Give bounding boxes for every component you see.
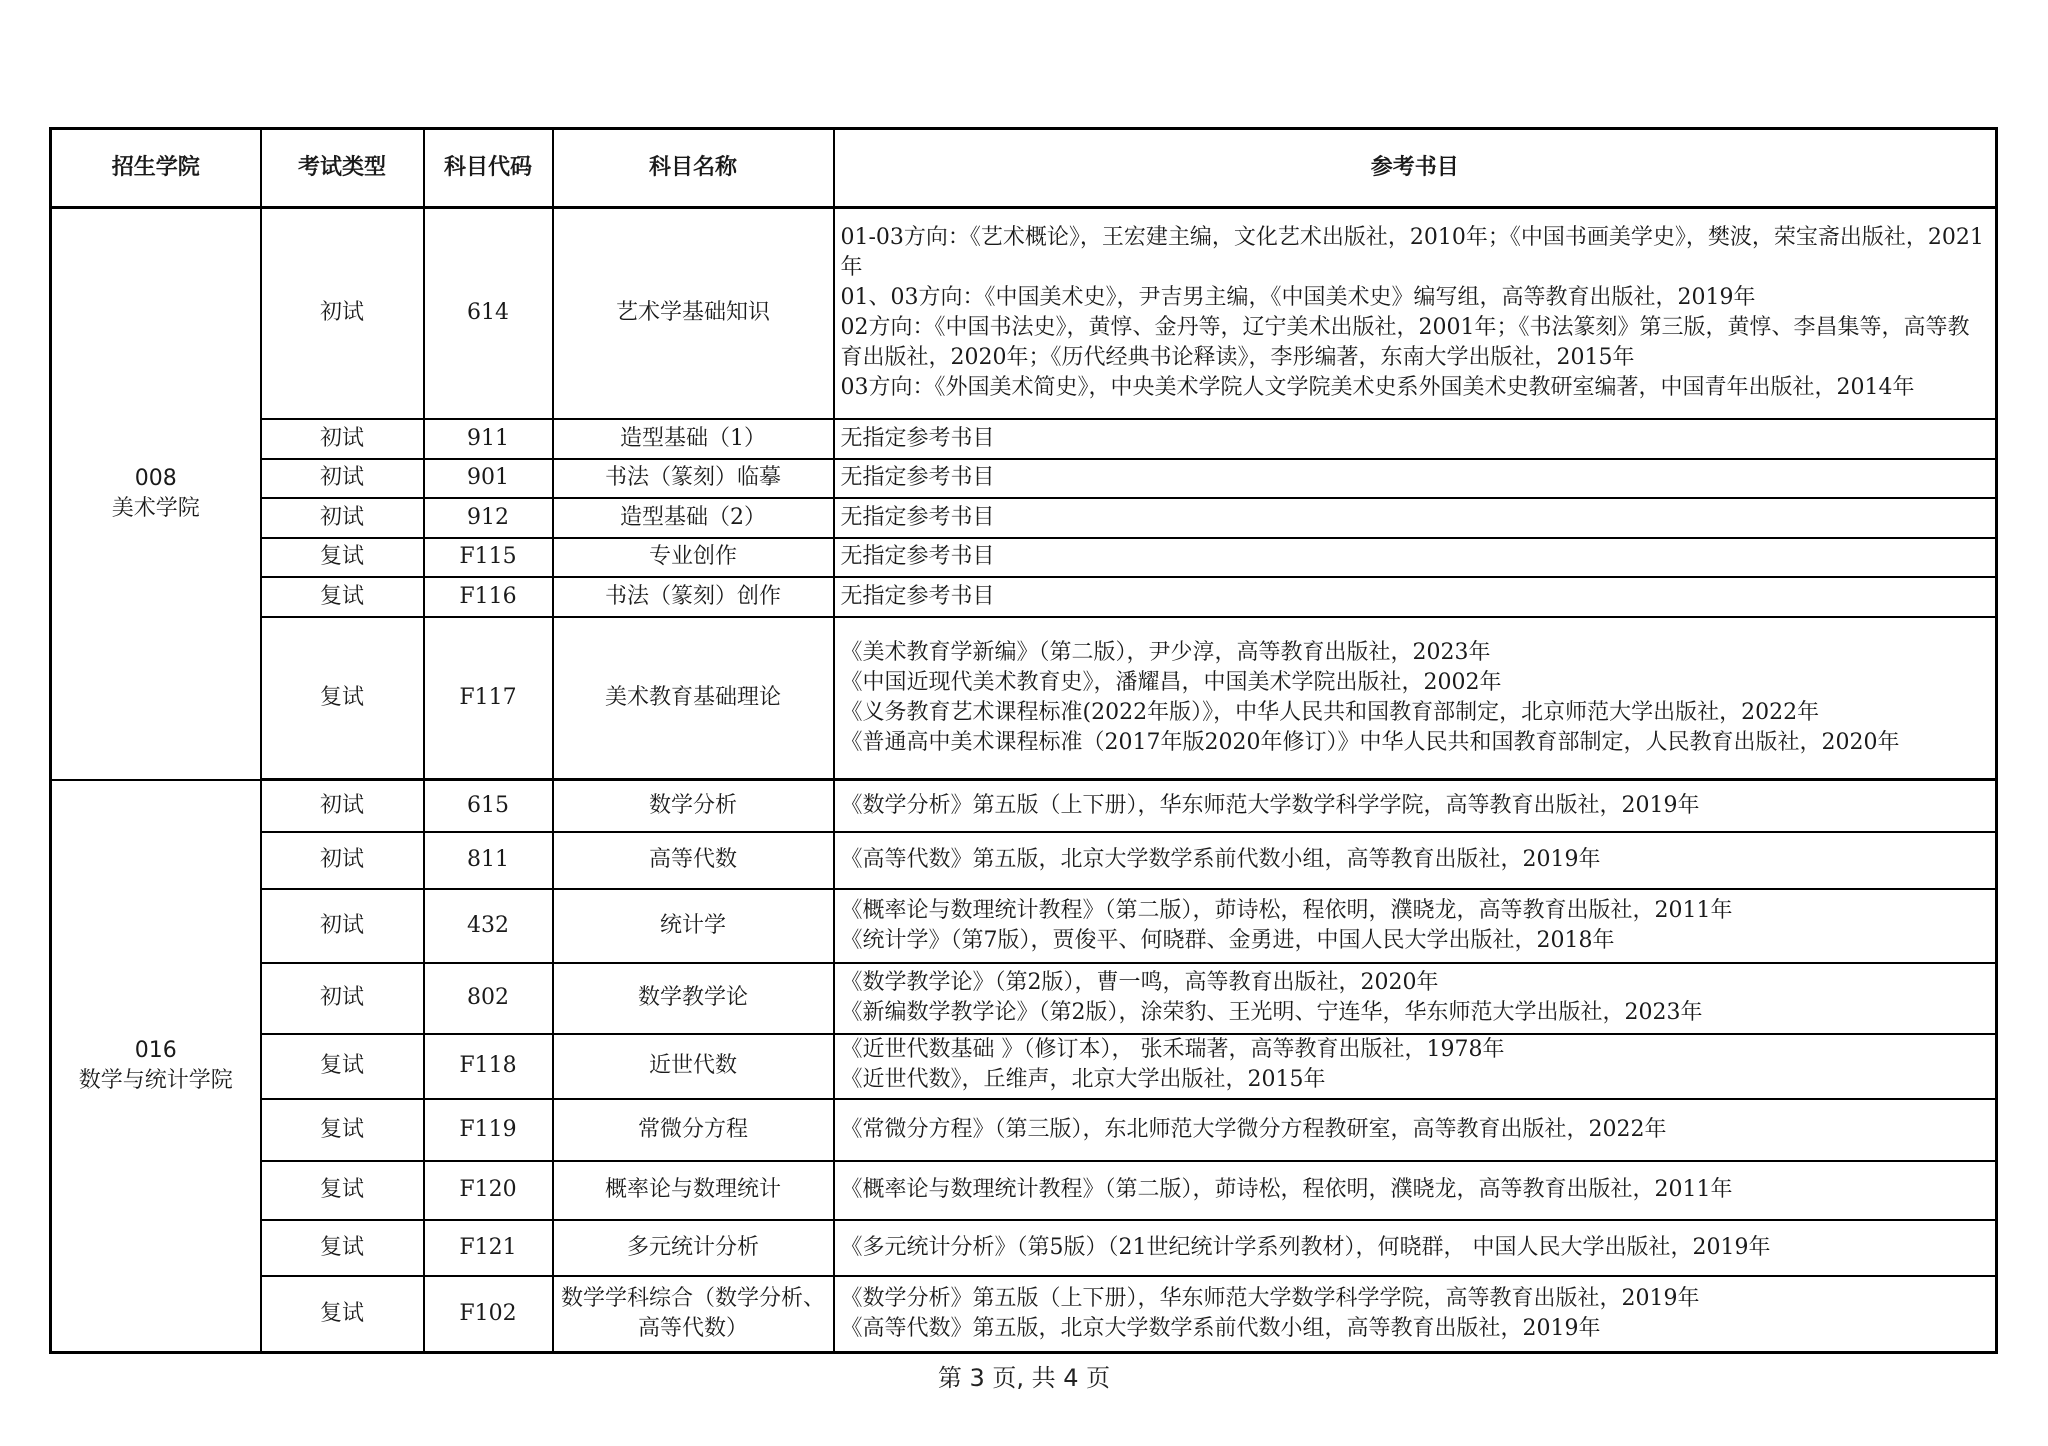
reference-books-table: 招生学院 考试类型 科目代码 科目名称 参考书目 008 美术学院 初试 614…: [49, 127, 1998, 1354]
subject-code: 802: [424, 963, 553, 1034]
table-row: 016 数学与统计学院 初试 615 数学分析 《数学分析》第五版（上下册），华…: [51, 780, 1997, 832]
college-cell-008: 008 美术学院: [51, 208, 261, 780]
subject-code: F116: [424, 577, 553, 617]
table-row: 初试 912 造型基础（2） 无指定参考书目: [51, 498, 1997, 538]
subject-code: F115: [424, 538, 553, 577]
exam-type: 复试: [261, 538, 424, 577]
subject-name: 造型基础（2）: [553, 498, 834, 538]
table-row: 复试 F115 专业创作 无指定参考书目: [51, 538, 1997, 577]
table-row: 初试 901 书法（篆刻）临摹 无指定参考书目: [51, 459, 1997, 498]
reference-line: 01、03方向：《中国美术史》，尹吉男主编，《中国美术史》编写组，高等教育出版社…: [841, 283, 1992, 313]
table-row: 复试 F120 概率论与数理统计 《概率论与数理统计教程》（第二版），茆诗松，程…: [51, 1161, 1997, 1220]
table-row: 008 美术学院 初试 614 艺术学基础知识 01-03方向：《艺术概论》，王…: [51, 208, 1997, 419]
exam-type: 初试: [261, 780, 424, 832]
subject-name: 专业创作: [553, 538, 834, 577]
subject-code: F119: [424, 1099, 553, 1161]
subject-code: F118: [424, 1034, 553, 1099]
reference-line: 《高等代数》第五版，北京大学数学系前代数小组，高等教育出版社，2019年: [841, 1314, 1992, 1344]
document-page: 招生学院 考试类型 科目代码 科目名称 参考书目 008 美术学院 初试 614…: [0, 0, 2048, 1446]
references-cell: 《高等代数》第五版，北京大学数学系前代数小组，高等教育出版社，2019年: [834, 832, 1997, 889]
subject-name: 书法（篆刻）创作: [553, 577, 834, 617]
table-row: 复试 F117 美术教育基础理论 《美术教育学新编》（第二版），尹少淳，高等教育…: [51, 617, 1997, 780]
exam-type: 初试: [261, 498, 424, 538]
references-cell: 《美术教育学新编》（第二版），尹少淳，高等教育出版社，2023年 《中国近现代美…: [834, 617, 1997, 780]
subject-code: 912: [424, 498, 553, 538]
reference-line: 03方向：《外国美术简史》，中央美术学院人文学院美术史系外国美术史教研室编著，中…: [841, 373, 1992, 403]
subject-name: 艺术学基础知识: [553, 208, 834, 419]
college-name: 数学与统计学院: [52, 1066, 260, 1096]
subject-code: 615: [424, 780, 553, 832]
subject-name: 统计学: [553, 889, 834, 963]
table-row: 复试 F102 数学学科综合（数学分析、高等代数） 《数学分析》第五版（上下册）…: [51, 1276, 1997, 1353]
table-row: 初试 802 数学教学论 《数学教学论》（第2版），曹一鸣，高等教育出版社，20…: [51, 963, 1997, 1034]
references-cell: 无指定参考书目: [834, 419, 1997, 459]
header-exam-type: 考试类型: [261, 129, 424, 208]
exam-type: 初试: [261, 832, 424, 889]
table-row: 复试 F118 近世代数 《近世代数基础 》（修订本）， 张禾瑞著，高等教育出版…: [51, 1034, 1997, 1099]
subject-name: 数学教学论: [553, 963, 834, 1034]
college-cell-016: 016 数学与统计学院: [51, 780, 261, 1353]
subject-name: 造型基础（1）: [553, 419, 834, 459]
header-references: 参考书目: [834, 129, 1997, 208]
subject-code: F120: [424, 1161, 553, 1220]
college-code: 016: [52, 1036, 260, 1066]
table-header-row: 招生学院 考试类型 科目代码 科目名称 参考书目: [51, 129, 1997, 208]
reference-line: 《中国近现代美术教育史》，潘耀昌，中国美术学院出版社，2002年: [841, 668, 1992, 698]
subject-code: F121: [424, 1220, 553, 1276]
subject-code: 901: [424, 459, 553, 498]
subject-code: F117: [424, 617, 553, 780]
header-college: 招生学院: [51, 129, 261, 208]
reference-line: 01-03方向：《艺术概论》，王宏建主编，文化艺术出版社，2010年；《中国书画…: [841, 223, 1992, 283]
references-cell: 01-03方向：《艺术概论》，王宏建主编，文化艺术出版社，2010年；《中国书画…: [834, 208, 1997, 419]
reference-line: 《数学分析》第五版（上下册），华东师范大学数学科学学院，高等教育出版社，2019…: [841, 1284, 1992, 1314]
subject-name: 数学学科综合（数学分析、高等代数）: [553, 1276, 834, 1353]
subject-name: 美术教育基础理论: [553, 617, 834, 780]
references-cell: 《数学分析》第五版（上下册），华东师范大学数学科学学院，高等教育出版社，2019…: [834, 1276, 1997, 1353]
references-cell: 《常微分方程》（第三版），东北师范大学微分方程教研室，高等教育出版社，2022年: [834, 1099, 1997, 1161]
subject-name: 多元统计分析: [553, 1220, 834, 1276]
subject-name: 近世代数: [553, 1034, 834, 1099]
exam-type: 复试: [261, 1099, 424, 1161]
references-cell: 无指定参考书目: [834, 538, 1997, 577]
exam-type: 复试: [261, 1276, 424, 1353]
college-name: 美术学院: [52, 494, 260, 524]
exam-type: 复试: [261, 617, 424, 780]
table-row: 复试 F119 常微分方程 《常微分方程》（第三版），东北师范大学微分方程教研室…: [51, 1099, 1997, 1161]
exam-type: 初试: [261, 963, 424, 1034]
exam-type: 初试: [261, 889, 424, 963]
subject-name: 书法（篆刻）临摹: [553, 459, 834, 498]
subject-code: 911: [424, 419, 553, 459]
subject-code: 811: [424, 832, 553, 889]
subject-name: 高等代数: [553, 832, 834, 889]
table-row: 初试 911 造型基础（1） 无指定参考书目: [51, 419, 1997, 459]
references-cell: 无指定参考书目: [834, 577, 1997, 617]
references-cell: 《概率论与数理统计教程》（第二版），茆诗松，程依明，濮晓龙，高等教育出版社，20…: [834, 889, 1997, 963]
reference-line: 《统计学》（第7版），贾俊平、何晓群、金勇进，中国人民大学出版社，2018年: [841, 926, 1992, 956]
exam-type: 初试: [261, 459, 424, 498]
references-cell: 无指定参考书目: [834, 498, 1997, 538]
subject-name: 概率论与数理统计: [553, 1161, 834, 1220]
references-cell: 《近世代数基础 》（修订本）， 张禾瑞著，高等教育出版社，1978年 《近世代数…: [834, 1034, 1997, 1099]
references-cell: 《数学分析》第五版（上下册），华东师范大学数学科学学院，高等教育出版社，2019…: [834, 780, 1997, 832]
reference-line: 《近世代数》，丘维声，北京大学出版社，2015年: [841, 1065, 1992, 1095]
references-cell: 《数学教学论》（第2版），曹一鸣，高等教育出版社，2020年 《新编数学教学论》…: [834, 963, 1997, 1034]
references-cell: 无指定参考书目: [834, 459, 1997, 498]
subject-code: 432: [424, 889, 553, 963]
subject-code: F102: [424, 1276, 553, 1353]
header-subject-code: 科目代码: [424, 129, 553, 208]
exam-type: 复试: [261, 577, 424, 617]
references-cell: 《概率论与数理统计教程》（第二版），茆诗松，程依明，濮晓龙，高等教育出版社，20…: [834, 1161, 1997, 1220]
subject-name: 常微分方程: [553, 1099, 834, 1161]
references-cell: 《多元统计分析》（第5版）（21世纪统计学系列教材），何晓群， 中国人民大学出版…: [834, 1220, 1997, 1276]
table-row: 复试 F121 多元统计分析 《多元统计分析》（第5版）（21世纪统计学系列教材…: [51, 1220, 1997, 1276]
table-row: 初试 811 高等代数 《高等代数》第五版，北京大学数学系前代数小组，高等教育出…: [51, 832, 1997, 889]
subject-code: 614: [424, 208, 553, 419]
header-subject-name: 科目名称: [553, 129, 834, 208]
exam-type: 初试: [261, 208, 424, 419]
page-number: 第 3 页, 共 4 页: [0, 1358, 2048, 1393]
exam-type: 初试: [261, 419, 424, 459]
exam-type: 复试: [261, 1220, 424, 1276]
reference-line: 《普通高中美术课程标准（2017年版2020年修订）》中华人民共和国教育部制定，…: [841, 728, 1992, 758]
exam-type: 复试: [261, 1161, 424, 1220]
reference-line: 02方向：《中国书法史》，黄惇、金丹等，辽宁美术出版社，2001年；《书法篆刻》…: [841, 313, 1992, 373]
reference-line: 《美术教育学新编》（第二版），尹少淳，高等教育出版社，2023年: [841, 638, 1992, 668]
table-row: 初试 432 统计学 《概率论与数理统计教程》（第二版），茆诗松，程依明，濮晓龙…: [51, 889, 1997, 963]
subject-name: 数学分析: [553, 780, 834, 832]
reference-line: 《新编数学教学论》（第2版），涂荣豹、王光明、宁连华，华东师范大学出版社，202…: [841, 998, 1992, 1028]
reference-line: 《义务教育艺术课程标准(2022年版）》，中华人民共和国教育部制定，北京师范大学…: [841, 698, 1992, 728]
reference-line: 《概率论与数理统计教程》（第二版），茆诗松，程依明，濮晓龙，高等教育出版社，20…: [841, 896, 1992, 926]
table-row: 复试 F116 书法（篆刻）创作 无指定参考书目: [51, 577, 1997, 617]
reference-line: 《近世代数基础 》（修订本）， 张禾瑞著，高等教育出版社，1978年: [841, 1035, 1992, 1065]
exam-type: 复试: [261, 1034, 424, 1099]
reference-line: 《数学教学论》（第2版），曹一鸣，高等教育出版社，2020年: [841, 968, 1992, 998]
college-code: 008: [52, 464, 260, 494]
